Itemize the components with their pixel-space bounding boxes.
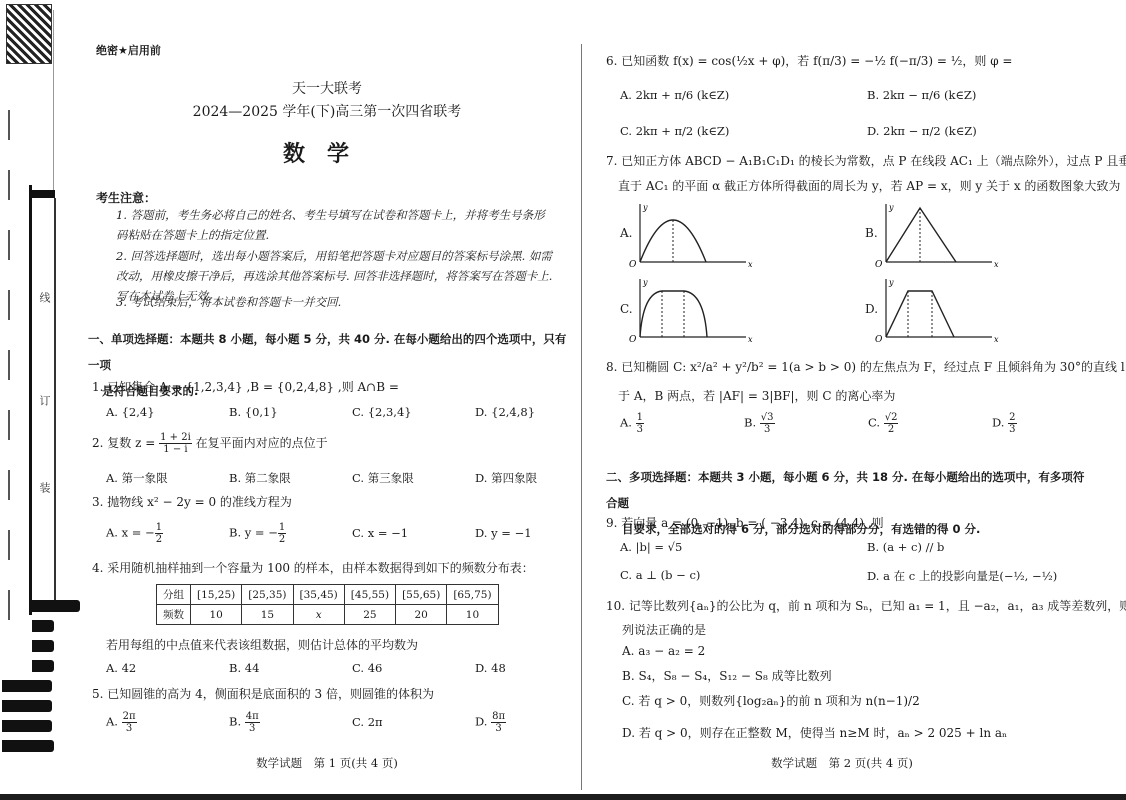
q4-option-a: A. 42 <box>106 661 229 675</box>
q6-option-a: A. 2kπ + π/6 (k∈Z) <box>620 88 867 102</box>
q4-option-c: C. 46 <box>352 661 475 675</box>
exam-page-1: 绝密★启用前 天一大联考 2024—2025 学年(下)高三第一次四省联考 数学… <box>86 0 568 794</box>
q10-option-a: A. a₃ − a₂ = 2 <box>622 644 705 658</box>
svg-text:y: y <box>888 278 894 287</box>
q9-option-a: A. |b| = √5 <box>620 540 867 554</box>
cut-line <box>8 110 10 630</box>
svg-text:y: y <box>888 203 894 212</box>
q1-option-d: D. {2,4,8} <box>475 405 535 419</box>
q5-option-a: A. 2π3 <box>106 711 229 734</box>
q8-option-a: A. 13 <box>620 412 744 435</box>
svg-text:x: x <box>748 335 753 344</box>
subject-title: 数学 <box>86 137 568 168</box>
question-7-line1: 7. 已知正方体 ABCD − A₁B₁C₁D₁ 的棱长为常数，点 P 在线段 … <box>606 152 1126 169</box>
svg-text:O: O <box>875 260 883 270</box>
q6-option-c: C. 2kπ + π/2 (k∈Z) <box>620 124 867 138</box>
question-4-stem: 4. 采用随机抽样抽到一个容量为 100 的样本，由样本数据得到如下的频数分布表… <box>92 559 534 576</box>
q7-graph-d-trapezoid: O y x <box>872 275 1012 360</box>
q5-option-d: D. 8π3 <box>475 711 506 734</box>
exam-page-2: 6. 已知函数 f(x) = cos(½x + φ)，若 f(π/3) = −½… <box>592 0 1092 794</box>
question-8-options: A. 13 B. √33 C. √22 D. 23 <box>620 412 1017 435</box>
binding-margin: 线 订 装 <box>0 0 72 794</box>
scan-bottom-edge <box>0 794 1126 800</box>
q7-graph-c-plateau: O y x <box>626 275 766 360</box>
question-7-line2: 直于 AC₁ 的平面 α 截正方体所得截面的周长为 y，若 AP = x，则 y… <box>618 177 1120 194</box>
q1-option-b: B. {0,1} <box>229 405 352 419</box>
exam-organizer: 天一大联考 <box>86 78 568 98</box>
q6-option-d: D. 2kπ − π/2 (k∈Z) <box>867 124 977 138</box>
question-8-line2: 于 A，B 两点，若 |AF| = 3|BF|，则 C 的离心率为 <box>618 387 895 404</box>
exam-name: 2024—2025 学年(下)高三第一次四省联考 <box>86 101 568 121</box>
q8-option-b: B. √33 <box>744 412 868 435</box>
svg-text:x: x <box>994 260 999 269</box>
margin-line <box>53 10 54 195</box>
q2-option-b: B. 第二象限 <box>229 470 352 486</box>
q9-option-d: D. a 在 c 上的投影向量是(−½, −½) <box>867 568 1057 584</box>
q1-option-c: C. {2,3,4} <box>352 405 475 419</box>
q4-option-d: D. 48 <box>475 661 506 675</box>
q6-option-b: B. 2kπ − π/6 (k∈Z) <box>867 88 976 102</box>
question-1-stem: 1. 已知集合 A = {1,2,3,4} ,B = {0,2,4,8} ,则 … <box>92 378 399 395</box>
binding-label-zhuang: 装 <box>36 482 52 493</box>
q1-option-a: A. {2,4} <box>106 405 229 419</box>
confidential-label: 绝密★启用前 <box>96 42 161 58</box>
q3-option-c: C. x = −1 <box>352 522 475 545</box>
binding-label-ding: 订 <box>36 395 52 406</box>
q10-option-c: C. 若 q > 0，则数列{log₂aₙ}的前 n 项和为 n(n−1)/2 <box>622 692 920 709</box>
q3-option-d: D. y = −1 <box>475 522 532 545</box>
svg-text:x: x <box>994 335 999 344</box>
q7-graph-a-parabola: O y x <box>626 200 766 285</box>
q3-option-a: A. x = −12 <box>106 522 229 545</box>
q10-option-b: B. S₄，S₈ − S₄，S₁₂ − S₈ 成等比数列 <box>622 667 832 684</box>
question-5-options: A. 2π3 B. 4π3 C. 2π D. 8π3 <box>106 711 506 734</box>
page-1-footer: 数学试题 第 1 页(共 4 页) <box>86 755 568 771</box>
binding-label-xian: 线 <box>36 292 52 303</box>
q5-option-b: B. 4π3 <box>229 711 352 734</box>
frequency-table: 分组 [15,25) [25,35) [35,45) [45,55) [55,6… <box>156 584 499 625</box>
q8-option-d: D. 23 <box>992 412 1017 435</box>
svg-text:O: O <box>629 335 637 345</box>
q8-option-c: C. √22 <box>868 412 992 435</box>
question-2-stem: 2. 复数 z = 1 + 2i1 − i 在复平面内对应的点位于 <box>92 432 328 455</box>
question-2-options: A. 第一象限 B. 第二象限 C. 第三象限 D. 第四象限 <box>106 470 537 486</box>
question-3-options: A. x = −12 B. y = −12 C. x = −1 D. y = −… <box>106 522 532 545</box>
question-1-options: A. {2,4} B. {0,1} C. {2,3,4} D. {2,4,8} <box>106 405 535 419</box>
question-6-options-row1: A. 2kπ + π/6 (k∈Z) B. 2kπ − π/6 (k∈Z) <box>620 88 976 102</box>
question-8-line1: 8. 已知椭圆 C: x²/a² + y²/b² = 1(a > b > 0) … <box>606 358 1126 375</box>
notice-title: 考生注意： <box>96 189 156 206</box>
q10-option-d: D. 若 q > 0，则存在正整数 M，使得当 n≥M 时，aₙ > 2 025… <box>622 724 1007 741</box>
page-divider <box>581 44 582 790</box>
table-row: 频数 10 15 x 25 20 10 <box>157 605 499 625</box>
svg-text:y: y <box>642 203 648 212</box>
q2-option-a: A. 第一象限 <box>106 470 229 486</box>
q9-option-b: B. (a + c) // b <box>867 540 944 554</box>
page-2-footer: 数学试题 第 2 页(共 4 页) <box>592 755 1092 771</box>
q2-option-c: C. 第三象限 <box>352 470 475 486</box>
question-10-line2: 列说法正确的是 <box>622 621 706 638</box>
svg-text:y: y <box>642 278 648 287</box>
question-9-options-row2: C. a ⊥ (b − c) D. a 在 c 上的投影向量是(−½, −½) <box>620 568 1057 584</box>
notice-item-1: 1. 答题前，考生务必将自己的姓名、考生号填写在试卷和答题卡上，并将考生号条形码… <box>116 205 556 245</box>
table-row: 分组 [15,25) [25,35) [35,45) [45,55) [55,6… <box>157 585 499 605</box>
q7-graph-b-triangle: O y x <box>872 200 1012 285</box>
q2-option-d: D. 第四象限 <box>475 470 537 486</box>
svg-text:x: x <box>748 260 753 269</box>
binding-bars <box>2 600 54 760</box>
svg-text:O: O <box>875 335 883 345</box>
binding-strip <box>31 190 55 198</box>
question-4-followup: 若用每组的中点值来代表该组数据，则估计总体的平均数为 <box>106 636 418 653</box>
question-5-stem: 5. 已知圆锥的高为 4，侧面积是底面积的 3 倍，则圆锥的体积为 <box>92 685 434 702</box>
question-9-stem: 9. 若向量 a = (0, −1) ,b = ( −3,4) ,c = (4,… <box>606 514 884 531</box>
q5-option-c: C. 2π <box>352 711 475 734</box>
question-6-options-row2: C. 2kπ + π/2 (k∈Z) D. 2kπ − π/2 (k∈Z) <box>620 124 977 138</box>
notice-item-3: 3. 考试结束后，将本试卷和答题卡一并交回. <box>116 292 556 312</box>
qr-code <box>6 4 52 64</box>
question-9-options-row1: A. |b| = √5 B. (a + c) // b <box>620 540 944 554</box>
question-10-line1: 10. 记等比数列{aₙ}的公比为 q，前 n 项和为 Sₙ，已知 a₁ = 1… <box>606 597 1126 614</box>
question-3-stem: 3. 抛物线 x² − 2y = 0 的准线方程为 <box>92 493 292 510</box>
q4-option-b: B. 44 <box>229 661 352 675</box>
question-6-stem: 6. 已知函数 f(x) = cos(½x + φ)，若 f(π/3) = −½… <box>606 52 1012 69</box>
q9-option-c: C. a ⊥ (b − c) <box>620 568 867 584</box>
svg-text:O: O <box>629 260 637 270</box>
q3-option-b: B. y = −12 <box>229 522 352 545</box>
question-4-options: A. 42 B. 44 C. 46 D. 48 <box>106 661 506 675</box>
